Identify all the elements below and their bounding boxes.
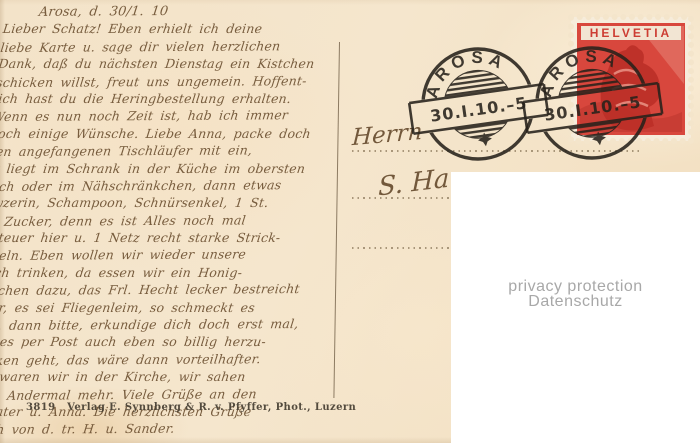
message-line: nadeln. Eben wollen wir wieder unsere: [0, 245, 322, 265]
publisher-imprint: 3819 Verlag E. Synnberg & R. v. Pfyffer,…: [26, 402, 356, 413]
message-line: Heut waren wir in der Kirche, wir sahen: [0, 368, 307, 385]
message-line: Kl. Zucker, denn es ist Alles noch mal: [0, 211, 326, 231]
postcard-scan: Arosa, d. 30/1. 10 Lieber Schatz! Eben e…: [0, 0, 700, 443]
message-line: Wenn es nun noch Zeit ist, hab ich immer: [0, 106, 339, 126]
message-line: Fach oder im Nähschränkchen, dann etwas: [0, 176, 331, 196]
message-line: noch einige Wünsche. Liebe Anna, packe d…: [0, 125, 337, 142]
message-line: schicken geht, das wäre dann vorteilhaft…: [0, 350, 309, 370]
message-line: so teuer hier u. 1 Netz recht starke Str…: [0, 229, 324, 246]
message-line: zuvor, es sei Fliegenleim, so schmeckt e…: [0, 299, 316, 316]
message-line: Milch trinken, da essen wir ein Honig-: [0, 264, 320, 281]
message-line: schicken willst, freut uns ungemein. Hof…: [0, 72, 344, 92]
address-line-3: [352, 247, 452, 249]
message-line: lich hast du die Heringbestellung erhalt…: [0, 90, 341, 107]
message-line: an dich von d. tr. H. u. Sander.: [0, 419, 301, 439]
message-line: den angefangenen Tischläufer mit ein,: [0, 141, 335, 161]
message-line: auch. dann bitte, erkundige dich doch er…: [0, 315, 314, 335]
message-line: Dank, daß du nächsten Dienstag ein Kistc…: [0, 55, 346, 72]
message-line: liebe Karte u. sage dir vielen herzliche…: [0, 37, 348, 57]
privacy-text-line2: Datenschutz: [451, 295, 700, 310]
message-line: Glyzerin, Schampoon, Schnürsenkel, 1 St.: [0, 194, 329, 211]
message-line: brötchen dazu, das Frl. Hecht lecker bes…: [0, 280, 318, 300]
message-line: er liegt im Schrank in der Küche im ober…: [0, 160, 333, 177]
handwritten-message: Arosa, d. 30/1. 10 Lieber Schatz! Eben e…: [0, 3, 352, 438]
privacy-overlay: privacy protection Datenschutz: [451, 172, 700, 443]
postmark-right: 30.I.10.–5 AROSA: [512, 33, 672, 173]
message-line: ob dies per Post auch eben so billig her…: [0, 333, 311, 350]
message-line: Lieber Schatz! Eben erhielt ich deine: [2, 20, 350, 37]
message-line: Arosa, d. 30/1. 10: [4, 2, 352, 22]
